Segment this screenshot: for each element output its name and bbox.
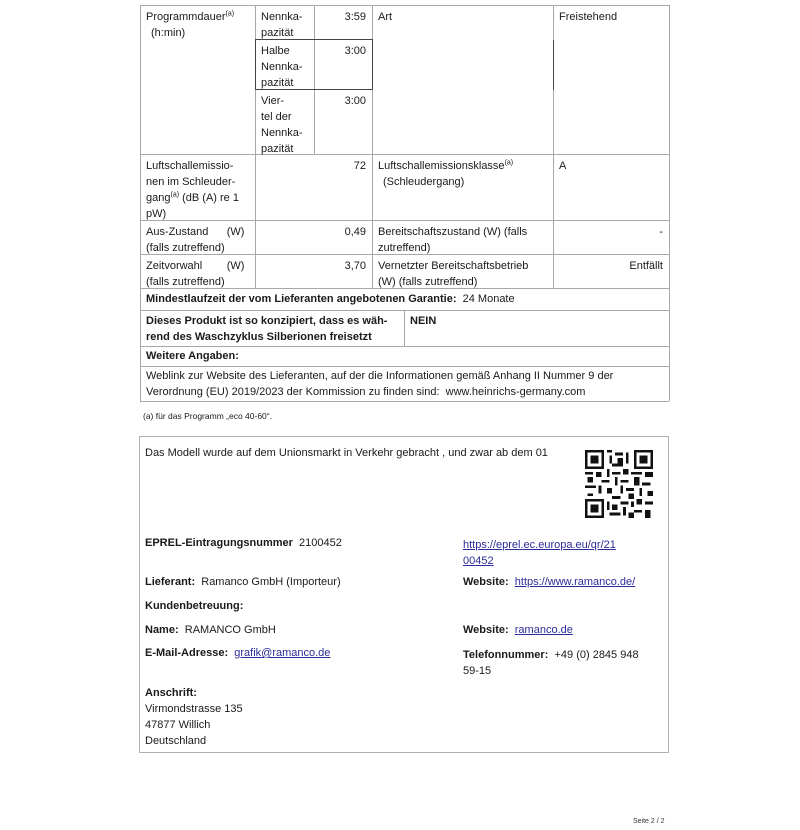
qr-code-icon[interactable]	[585, 450, 653, 518]
website2-row: Website: ramanco.de	[463, 624, 573, 636]
address-line: Deutschland	[145, 733, 243, 749]
duration-half-label: Halbe Nennka- pazität	[255, 39, 315, 95]
duration-half-value: 3:00	[314, 39, 372, 63]
type-value: Freistehend	[553, 5, 669, 29]
weblink-row: Weblink zur Website des Lieferanten, auf…	[140, 366, 669, 404]
footnote: (a) für das Programm „eco 40-60“.	[143, 411, 272, 421]
silver-ions-value: NEIN	[404, 310, 669, 333]
noise-label: Luftschallemissio- nen im Schleuder- gan…	[140, 154, 255, 226]
duration-rated-value: 3:59	[314, 5, 372, 29]
website-link[interactable]: https://www.ramanco.de/	[515, 576, 635, 588]
networked-standby-value: Entfällt	[553, 254, 669, 278]
address-line: Virmondstrasse 135	[145, 701, 243, 717]
address-label: Anschrift:	[145, 685, 243, 701]
name-row: Name: RAMANCO GmbH	[145, 624, 276, 636]
type-label: Art	[372, 5, 553, 29]
support-label: Kundenbetreuung:	[145, 600, 243, 612]
supplier-weblink[interactable]: www.heinrichs-germany.com	[446, 386, 586, 398]
eprel-link[interactable]: https://eprel.ec.europa.eu/qr/21 00452	[463, 537, 663, 569]
noise-class-label: Luftschallemissionsklasse(a) (Schleuderg…	[372, 154, 553, 194]
duration-quarter-label: Vier- tel der Nennka- pazität	[255, 89, 315, 161]
page-number: Seite 2 / 2	[633, 818, 665, 825]
email-link[interactable]: grafik@ramanco.de	[234, 647, 330, 659]
noise-class-value: A	[553, 154, 669, 178]
noise-value: 72	[255, 154, 372, 178]
eprel-row: EPREL-Eintragungsnummer 2100452	[145, 537, 342, 549]
market-text: Das Modell wurde auf dem Unionsmarkt in …	[145, 447, 580, 459]
phone-row: Telefonnummer: +49 (0) 2845 948 59-15	[463, 647, 663, 679]
website2-link[interactable]: ramanco.de	[515, 624, 573, 636]
program-duration-label: Programmdauer(a) (h:min)	[140, 5, 255, 45]
guarantee-row: Mindestlaufzeit der vom Lieferanten ange…	[140, 288, 669, 311]
duration-quarter-value: 3:00	[314, 89, 372, 113]
website-row: Website: https://www.ramanco.de/	[463, 576, 635, 588]
silver-ions-label: Dieses Produkt ist so konzipiert, dass e…	[140, 310, 404, 349]
supplier-row: Lieferant: Ramanco GmbH (Importeur)	[145, 576, 341, 588]
standby-value: -	[553, 220, 669, 244]
address-line: 47877 Willich	[145, 717, 243, 733]
delay-start-value: 3,70	[255, 254, 372, 278]
email-row: E-Mail-Adresse: grafik@ramanco.de	[145, 647, 330, 659]
off-mode-value: 0,49	[255, 220, 372, 244]
further-info-label: Weitere Angaben:	[140, 346, 669, 368]
address-block: Anschrift: Virmondstrasse 135 47877 Will…	[145, 685, 243, 749]
